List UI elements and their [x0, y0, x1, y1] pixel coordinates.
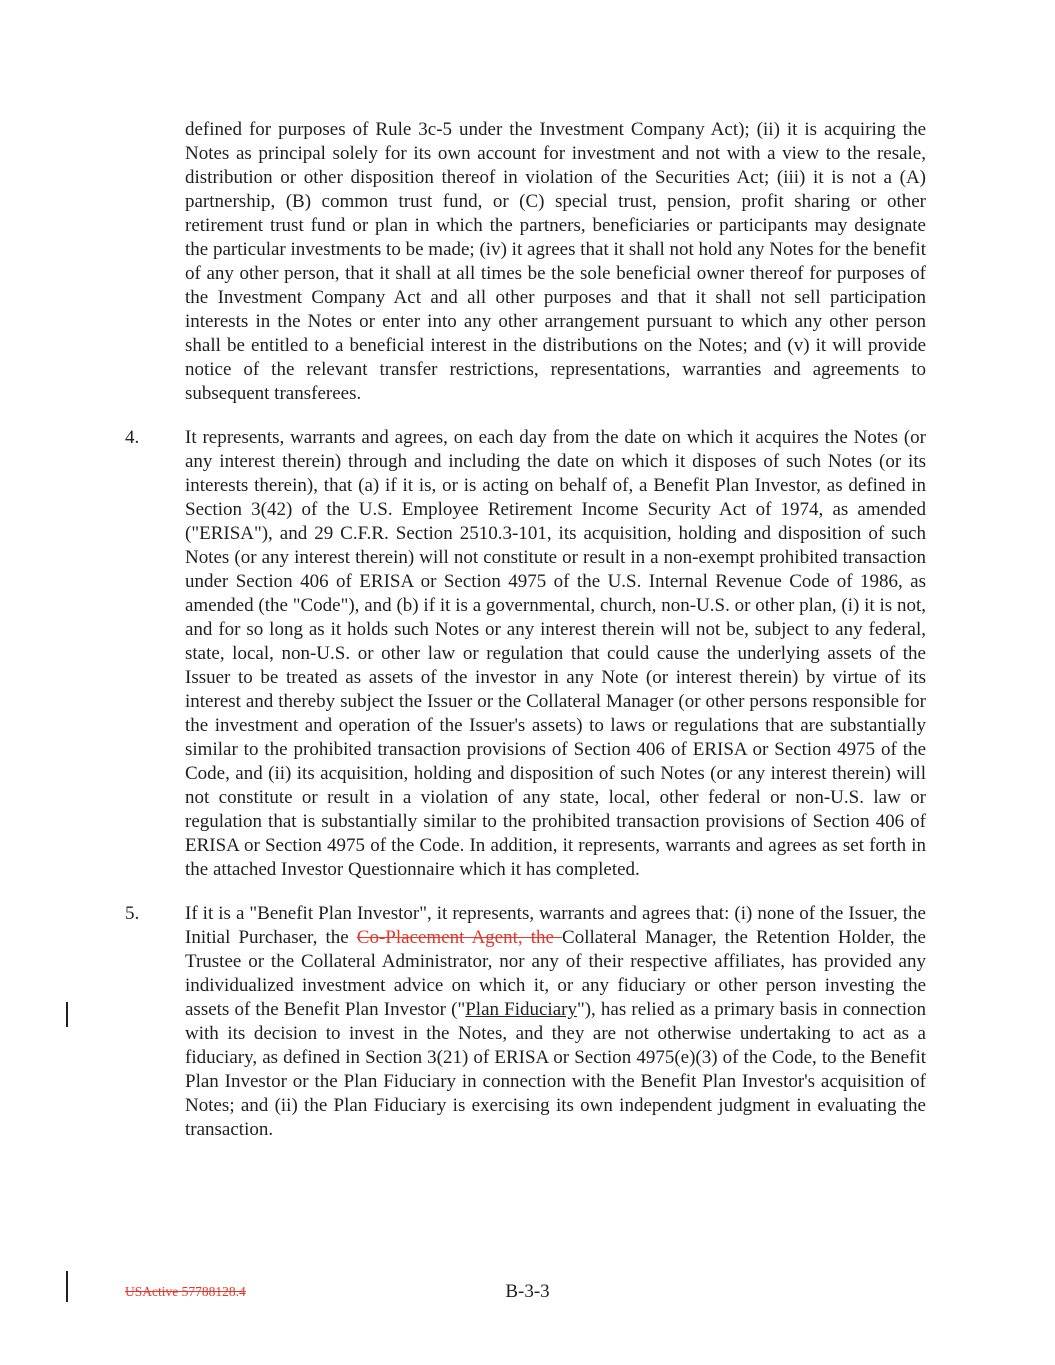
numbered-paragraph-5: 5. If it is a "Benefit Plan Investor", i… — [185, 902, 926, 1142]
paragraph-5-after-term: "), has relied as a primary basis in con… — [185, 999, 926, 1140]
numbered-paragraph-4: 4. It represents, warrants and agrees, o… — [185, 426, 926, 882]
page-footer: USActive 57788128.4 B-3-3 — [0, 1278, 1055, 1318]
paragraph-continuation: defined for purposes of Rule 3c-5 under … — [185, 118, 926, 406]
tracked-deletion-text: Co-Placement Agent, the — [357, 927, 562, 948]
change-bar-paragraph-5 — [66, 1002, 68, 1027]
paragraph-5-text: If it is a "Benefit Plan Investor", it r… — [185, 902, 926, 1142]
paragraph-4-text: It represents, warrants and agrees, on e… — [185, 426, 926, 882]
document-body: defined for purposes of Rule 3c-5 under … — [185, 118, 926, 1162]
footer-page-number: B-3-3 — [0, 1280, 1055, 1304]
defined-term-plan-fiduciary: Plan Fiduciary — [465, 999, 577, 1020]
document-page: defined for purposes of Rule 3c-5 under … — [0, 0, 1055, 1365]
paragraph-5-number: 5. — [125, 902, 139, 926]
paragraph-4-number: 4. — [125, 426, 139, 450]
